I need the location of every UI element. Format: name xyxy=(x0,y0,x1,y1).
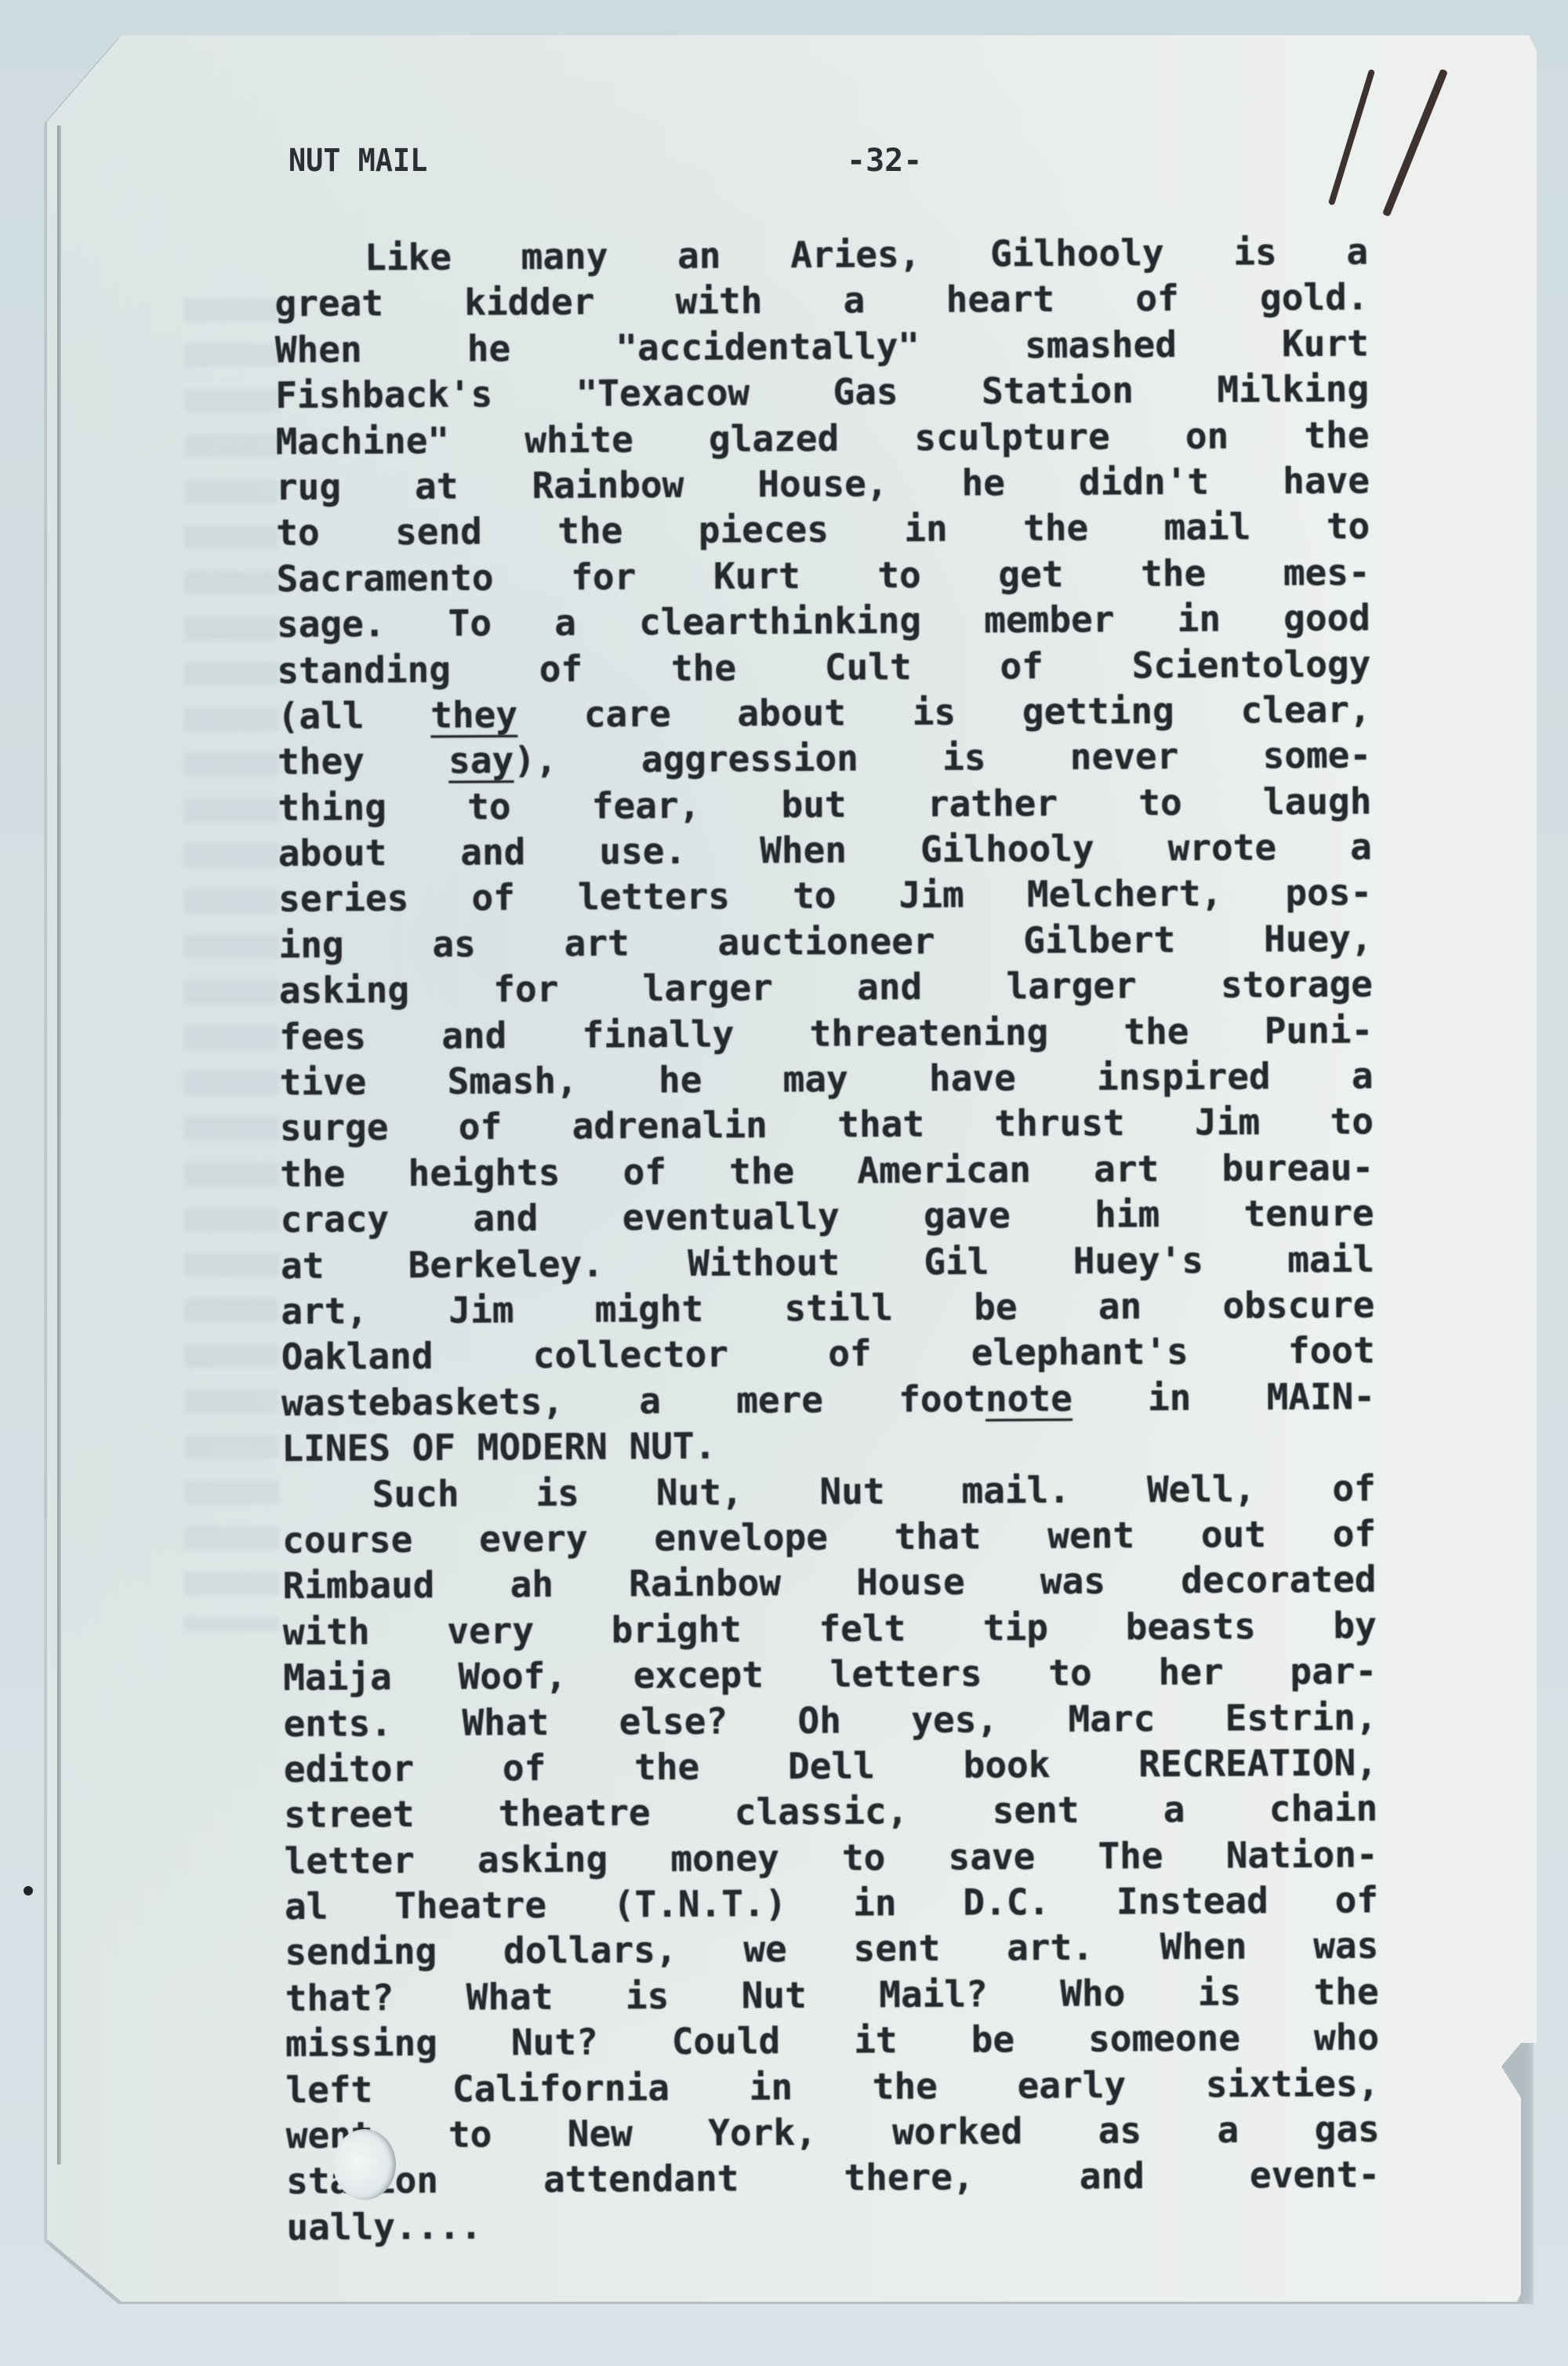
paper-edge xyxy=(57,125,61,2164)
text-line: Sacramento for Kurt to get the mes- xyxy=(276,549,1370,601)
text-line: Maija Woof, except letters to her par- xyxy=(283,1648,1377,1701)
stray-mark xyxy=(24,1886,33,1895)
page-header: NUT MAIL -32- xyxy=(289,143,1370,182)
text-line: letter asking money to save The Nation- xyxy=(284,1831,1377,1884)
text-line: they say), aggression is never some- xyxy=(278,732,1371,785)
text-line: rug at Rainbow House, he didn't have xyxy=(276,457,1370,510)
text-line: sage. To a clearthinking member in good xyxy=(277,595,1370,648)
text-line: great kidder with a heart of gold. xyxy=(274,274,1368,327)
text-line: (all they care about is getting clear, xyxy=(278,686,1371,739)
underlined-word: note xyxy=(985,1377,1073,1420)
text-line: ents. What else? Oh yes, Marc Estrin, xyxy=(283,1694,1377,1746)
text-line: cracy and eventually gave him tenure xyxy=(280,1190,1374,1243)
text-line: fees and finally threatening the Puni- xyxy=(279,1007,1373,1059)
text-line: standing of the Cult of Scientology xyxy=(277,641,1370,693)
text-line: surge of adrenalin that thrust Jim to xyxy=(280,1099,1374,1151)
text-line: the heights of the American art bureau- xyxy=(280,1144,1374,1197)
text-line: went to New York, worked as a gas xyxy=(286,2106,1380,2158)
underlined-word: they xyxy=(430,693,517,736)
text-line: asking for larger and larger storage xyxy=(279,961,1373,1014)
text-line: with very bright felt tip beasts by xyxy=(283,1602,1377,1655)
text-line: sending dollars, we sent art. When was xyxy=(285,1923,1378,1975)
text-line: wastebaskets, a mere footnote in MAIN- xyxy=(281,1373,1375,1426)
text-line: street theatre classic, sent a chain xyxy=(284,1786,1377,1838)
text-line: LINES OF MODERN NUT. xyxy=(281,1419,1375,1472)
text-line: series of letters to Jim Melchert, pos- xyxy=(278,870,1372,922)
text-line: station attendant there, and event- xyxy=(286,2152,1380,2204)
text-line: that? What is Nut Mail? Who is the xyxy=(285,1968,1379,2021)
underlined-word: say xyxy=(448,739,514,782)
text-line: thing to fear, but rather to laugh xyxy=(278,778,1371,830)
text-line: course every envelope that went out of xyxy=(282,1510,1376,1563)
text-line: Fishback's "Texacow Gas Station Milking xyxy=(275,366,1369,419)
text-line: to send the pieces in the mail to xyxy=(276,503,1370,556)
bleed-through-texture xyxy=(184,298,278,1631)
text-line: Rimbaud ah Rainbow House was decorated xyxy=(282,1557,1376,1609)
text-column: Like many an Aries, Gilhooly is agreat k… xyxy=(274,228,1381,2250)
text-line: editor of the Dell book RECREATION, xyxy=(284,1739,1377,1792)
text-line: ing as art auctioneer Gilbert Huey, xyxy=(278,915,1372,968)
page-number: -32- xyxy=(847,143,922,179)
text-line: art, Jim might still be an obscure xyxy=(281,1281,1374,1334)
text-line: about and use. When Gilhooly wrote a xyxy=(278,824,1372,877)
text-line: al Theatre (T.N.T.) in D.C. Instead of xyxy=(285,1877,1378,1930)
text-line: left California in the early sixties, xyxy=(285,2060,1379,2113)
text-line: Such is Nut, Nut mail. Well, of xyxy=(282,1465,1376,1517)
text-line: missing Nut? Could it be someone who xyxy=(285,2015,1379,2067)
document-title: NUT MAIL xyxy=(289,143,427,179)
typewritten-body: Like many an Aries, Gilhooly is agreat k… xyxy=(274,235,1368,2250)
punch-hole xyxy=(333,2129,396,2200)
text-line: Oakland collector of elephant's foot xyxy=(281,1328,1375,1380)
text-line: ually.... xyxy=(286,2197,1380,2250)
text-line: tive Smash, he may have inspired a xyxy=(279,1052,1373,1105)
text-line: at Berkeley. Without Gil Huey's mail xyxy=(281,1236,1374,1288)
text-line: When he "accidentally" smashed Kurt xyxy=(275,320,1369,373)
text-line: Like many an Aries, Gilhooly is a xyxy=(274,228,1368,281)
text-line: Machine" white glazed sculpture on the xyxy=(275,412,1369,464)
